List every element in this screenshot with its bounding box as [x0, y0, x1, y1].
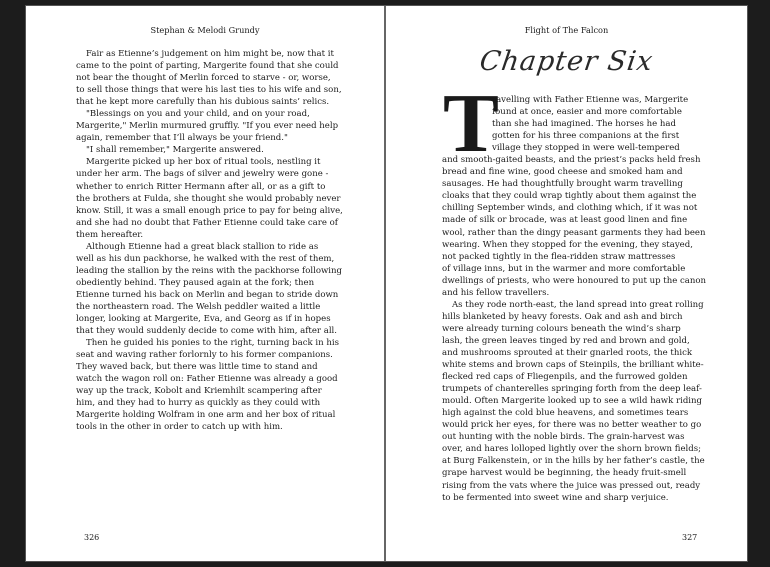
text-line: wool, rather than the dingy peasant garm…	[442, 227, 706, 239]
text-line: than she had imagined. The horses he had	[442, 118, 706, 130]
text-line: under her arm. The bags of silver and je…	[76, 168, 343, 180]
page-number-right: 327	[682, 533, 697, 542]
text-line: village they stopped in were well-temper…	[442, 142, 706, 154]
text-line: made of silk or brocade, was at least go…	[442, 214, 706, 226]
text-line: out hunting with the noble birds. The gr…	[442, 431, 706, 443]
text-line: know. Still, it was a small enough price…	[76, 205, 343, 217]
text-line: grape harvest would be beginning, the he…	[442, 467, 706, 479]
right-page: Flight of The Falcon Chapter Six T ravel…	[386, 6, 747, 561]
text-line: They waved back, but there was little ti…	[76, 361, 343, 373]
text-line: tools in the other in order to catch up …	[76, 421, 343, 433]
text-line: Margerite," Merlin murmured gruffly. "If…	[76, 120, 343, 132]
text-line: would prick her eyes, for there was no b…	[442, 419, 706, 431]
text-line: obediently behind. They paused again at …	[76, 277, 343, 289]
text-line: again, remember that I’ll always be your…	[76, 132, 343, 144]
text-line: were already turning colours beneath the…	[442, 323, 706, 335]
book-spread: Stephan & Melodi Grundy Fair as Etienne’…	[26, 6, 747, 561]
text-line: bread and fine wine, good cheese and smo…	[442, 166, 706, 178]
text-line: found at once, easier and more comfortab…	[442, 106, 706, 118]
text-line: not bear the thought of Merlin forced to…	[76, 72, 343, 84]
page-number-left: 326	[84, 533, 99, 542]
text-line: wearing. When they stopped for the eveni…	[442, 239, 706, 251]
text-line: sausages. He had thoughtfully brought wa…	[442, 178, 706, 190]
text-line: over, and hares lolloped lightly over th…	[442, 443, 706, 455]
text-line: longer, looking at Margerite, Eva, and G…	[76, 313, 343, 325]
text-line: of village inns, but in the warmer and m…	[442, 263, 706, 275]
text-line: at Burg Falkenstein, or in the hills by …	[442, 455, 706, 467]
text-line: him, and they had to hurry as quickly as…	[76, 397, 343, 409]
text-line: and his fellow travellers.	[442, 287, 706, 299]
text-line: white stems and brown caps of Steinpils,…	[442, 359, 706, 371]
text-line: Margerite picked up her box of ritual to…	[76, 156, 343, 168]
text-line: high against the cold blue heavens, and …	[442, 407, 706, 419]
text-line: chilling September winds, and clothing w…	[442, 202, 706, 214]
text-line: mould. Often Margerite looked up to see …	[442, 395, 706, 407]
text-line: to be fermented into sweet wine and shar…	[442, 492, 706, 504]
text-line: way up the track, Kobolt and Kriemhilt s…	[76, 385, 343, 397]
text-line: and mushrooms sprouted at their gnarled …	[442, 347, 706, 359]
text-line: "Blessings on you and your child, and on…	[76, 108, 343, 120]
text-line: to sell those things that were his last …	[76, 84, 343, 96]
text-line: flecked red caps of Fliegenpils, and the…	[442, 371, 706, 383]
text-line: watch the wagon roll on: Father Etienne …	[76, 373, 343, 385]
text-line: dwellings of priests, who were honoured …	[442, 275, 706, 287]
text-line: rising from the vats where the juice was…	[442, 480, 706, 492]
text-line: them hereafter.	[76, 229, 343, 241]
text-line: As they rode north-east, the land spread…	[442, 299, 706, 311]
left-page-body: Fair as Etienne’s judgement on him might…	[76, 48, 343, 434]
text-line: ravelling with Father Etienne was, Marge…	[442, 94, 706, 106]
text-line: well as his dun packhorse, he walked wit…	[76, 253, 343, 265]
text-line: lash, the green leaves tinged by red and…	[442, 335, 706, 347]
text-line: "I shall remember," Margerite answered.	[76, 144, 343, 156]
text-line: the brothers at Fulda, she thought she w…	[76, 193, 343, 205]
text-line: Etienne turned his back on Merlin and be…	[76, 289, 343, 301]
text-line: the northeastern road. The Welsh peddler…	[76, 301, 343, 313]
text-line: and she had no doubt that Father Etienne…	[76, 217, 343, 229]
text-line: gotten for his three companions at the f…	[442, 130, 706, 142]
text-line: leading the stallion by the reins with t…	[76, 265, 343, 277]
chapter-title: Chapter Six	[384, 46, 749, 77]
text-line: Then he guided his ponies to the right, …	[76, 337, 343, 349]
text-line: that he kept more carefully than his dub…	[76, 96, 343, 108]
text-line: came to the point of parting, Margerite …	[76, 60, 343, 72]
text-line: hills blanketed by heavy forests. Oak an…	[442, 311, 706, 323]
text-line: whether to enrich Ritter Hermann after a…	[76, 181, 343, 193]
text-line: and smooth-gaited beasts, and the priest…	[442, 154, 706, 166]
left-page: Stephan & Melodi Grundy Fair as Etienne’…	[26, 6, 384, 561]
running-head-title: Flight of The Falcon	[386, 25, 747, 35]
text-line: seat and waving rather forlornly to his …	[76, 349, 343, 361]
text-line: Fair as Etienne’s judgement on him might…	[76, 48, 343, 60]
text-line: that they would suddenly decide to come …	[76, 325, 343, 337]
running-head-author: Stephan & Melodi Grundy	[26, 25, 384, 35]
text-line: trumpets of chanterelles springing forth…	[442, 383, 706, 395]
text-line: cloaks that they could wrap tightly abou…	[442, 190, 706, 202]
right-page-body: ravelling with Father Etienne was, Marge…	[442, 94, 706, 504]
text-line: not packed tightly in the flea-ridden st…	[442, 251, 706, 263]
text-line: Margerite holding Wolfram in one arm and…	[76, 409, 343, 421]
text-line: Although Etienne had a great black stall…	[76, 241, 343, 253]
